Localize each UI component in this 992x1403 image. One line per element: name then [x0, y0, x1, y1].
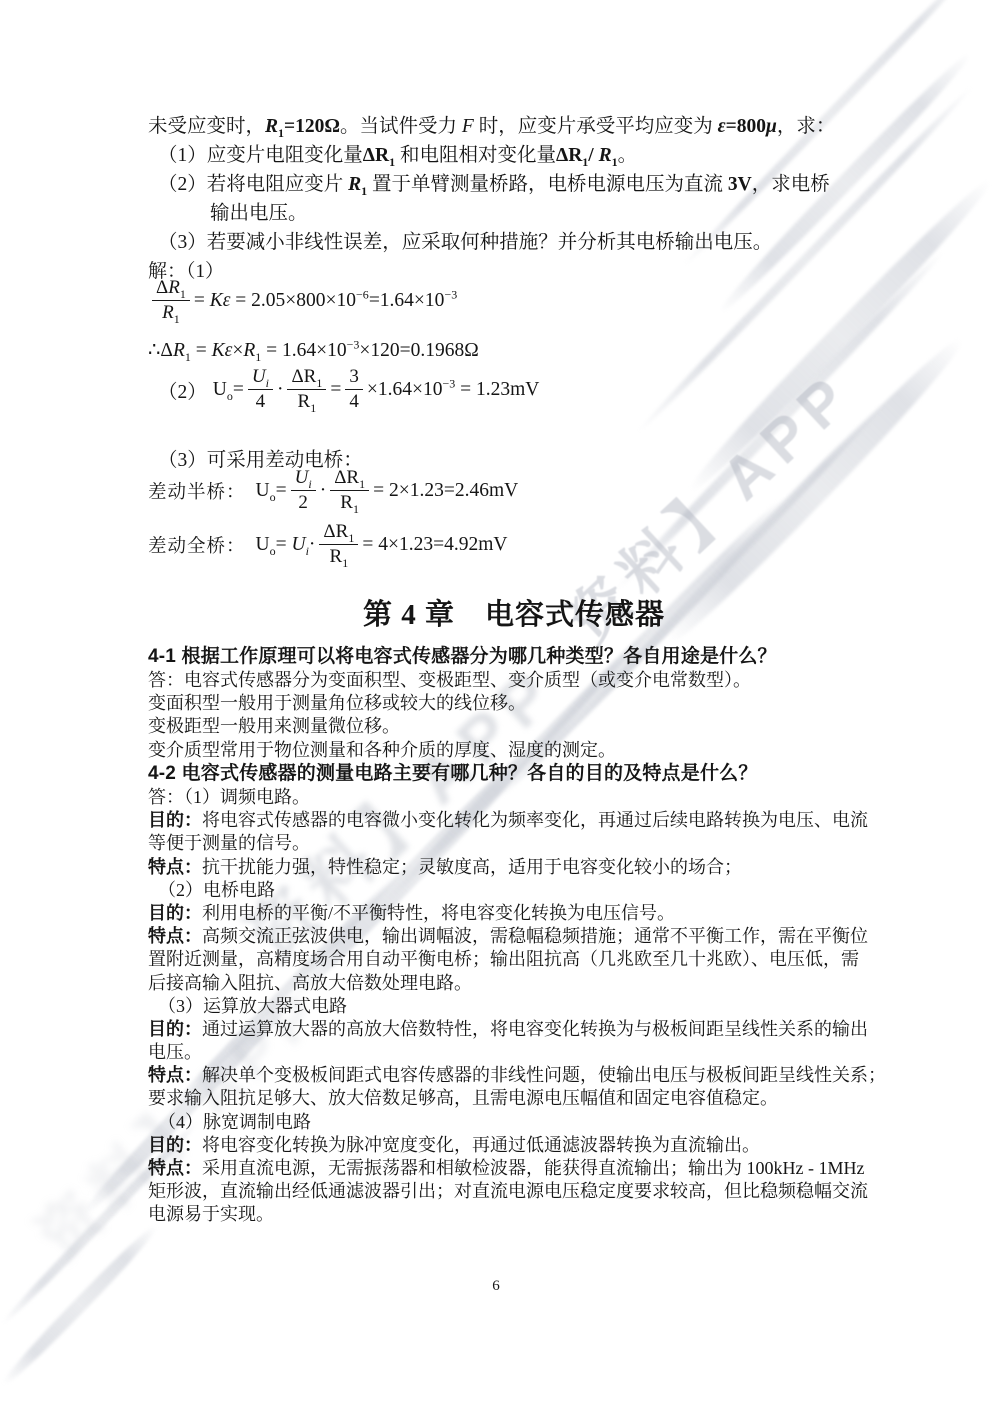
qa-line: 目的：利用电桥的平衡/不平衡特性，将电容变化转换为电压信号。: [148, 902, 884, 925]
qa-line: 特点：抗干扰能力强，特性稳定；灵敏度高，适用于电容变化较小的场合；: [148, 856, 884, 879]
problem-item-3: （3）若要减小非线性误差，应采取何种措施？并分析其电桥输出电压。: [148, 228, 880, 257]
formula-half-bridge: 差动半桥： Uo = Ui2 · ΔR1R1 = 2×1.23=2.46mV: [148, 467, 518, 514]
question-4-2-heading: 4-2 电容式传感器的测量电路主要有哪几种？各自的目的及特点是什么？: [148, 762, 884, 786]
qa-line: （3）运算放大器式电路: [148, 995, 884, 1018]
qa-line: 变极距型一般用来测量微位移。: [148, 715, 884, 738]
qa-line: 特点：高频交流正弦波供电，输出调幅波，需稳幅稳频措施；通常不平衡工作，需在平衡位: [148, 925, 884, 948]
qa-line: 电源易于实现。: [148, 1203, 884, 1226]
qa-line: 后接高输入阻抗、高放大倍数处理电路。: [148, 972, 884, 995]
qa-line: 变面积型一般用于测量角位移或较大的线位移。: [148, 692, 884, 715]
problem-item-1: （1）应变片电阻变化量ΔR1 和电阻相对变化量ΔR1/ R1。: [148, 141, 880, 170]
problem-item-2-line1: （2）若将电阻应变片 R1 置于单臂测量桥路，电桥电源电压为直流 3V，求电桥: [148, 170, 880, 199]
qa-line: 矩形波，直流输出经低通滤波器引出；对直流电源电压稳定度要求较高，但比稳频稳幅交流: [148, 1180, 884, 1203]
qa-line: 变介质型常用于物位测量和各种介质的厚度、湿度的测定。: [148, 739, 884, 762]
formula-full-bridge: 差动全桥： Uo = Ui · ΔR1R1 = 4×1.23=4.92mV: [148, 521, 507, 568]
qa-line: 目的：通过运算放大器的高放大倍数特性，将电容变化转换为与极板间距呈线性关系的输出: [148, 1018, 884, 1041]
qa-line: 特点：解决单个变极板间距式电容传感器的非线性问题，使输出电压与极板间距呈线性关系…: [148, 1064, 884, 1087]
qa-line: （2）电桥电路: [148, 879, 884, 902]
question-4-1-heading: 4-1 根据工作原理可以将电容式传感器分为哪几种类型？各自用途是什么？: [148, 645, 884, 669]
qa-line: 目的：将电容式传感器的电容微小变化转化为频率变化，再通过后续电路转换为电压、电流: [148, 809, 884, 832]
document-page: 资料】APP 资料】APP 资料】APP 未受应变时，R1=120Ω。当试件受力…: [0, 0, 992, 1403]
problem-intro-line: 未受应变时，R1=120Ω。当试件受力 F 时，应变片承受平均应变为 ε=800…: [148, 112, 880, 141]
qa-line: （4）脉宽调制电路: [148, 1111, 884, 1134]
qa-line: 特点：采用直流电源，无需振荡器和相敏检波器，能获得直流输出；输出为 100kHz…: [148, 1157, 884, 1180]
question-4-2: 4-2 电容式传感器的测量电路主要有哪几种？各自的目的及特点是什么？ 答：（1）…: [148, 762, 884, 1227]
qa-line: 目的：将电容变化转换为脉冲宽度变化，再通过低通滤波器转换为直流输出。: [148, 1134, 884, 1157]
qa-line: 等便于测量的信号。: [148, 832, 884, 855]
qa-line: 置附近测量，高精度场合用自动平衡电桥；输出阻抗高（几兆欧至几十兆欧）、电压低，需: [148, 948, 884, 971]
question-4-1: 4-1 根据工作原理可以将电容式传感器分为哪几种类型？各自用途是什么？ 答：电容…: [148, 645, 884, 762]
qa-line: 电压。: [148, 1041, 884, 1064]
formula-delta-r-ratio: ΔR1R1 = Kε = 2.05×800×10−6=1.64×10−3: [148, 277, 457, 324]
problem-statement: 未受应变时，R1=120Ω。当试件受力 F 时，应变片承受平均应变为 ε=800…: [148, 112, 880, 257]
qa-line: 答：电容式传感器分为变面积型、变极距型、变介质型（或变介电常数型）。: [148, 669, 884, 692]
formula-delta-r-value: ∴ΔR1 = Kε×R1 = 1.64×10−3×120=0.1968Ω: [148, 338, 479, 362]
qa-line: 要求输入阻抗足够大、放大倍数足够高，且需电源电压幅值和固定电容值稳定。: [148, 1087, 884, 1110]
page-number: 6: [0, 1278, 992, 1295]
problem-item-2-line2: 输出电压。: [148, 199, 880, 228]
qa-line: 答：（1）调频电路。: [148, 786, 884, 809]
formula-single-arm-output: （2） Uo = Ui4 · ΔR1R1 = 34 ×1.64×10−3 = 1…: [158, 366, 539, 413]
chapter-title: 第 4 章 电容式传感器: [148, 592, 880, 633]
